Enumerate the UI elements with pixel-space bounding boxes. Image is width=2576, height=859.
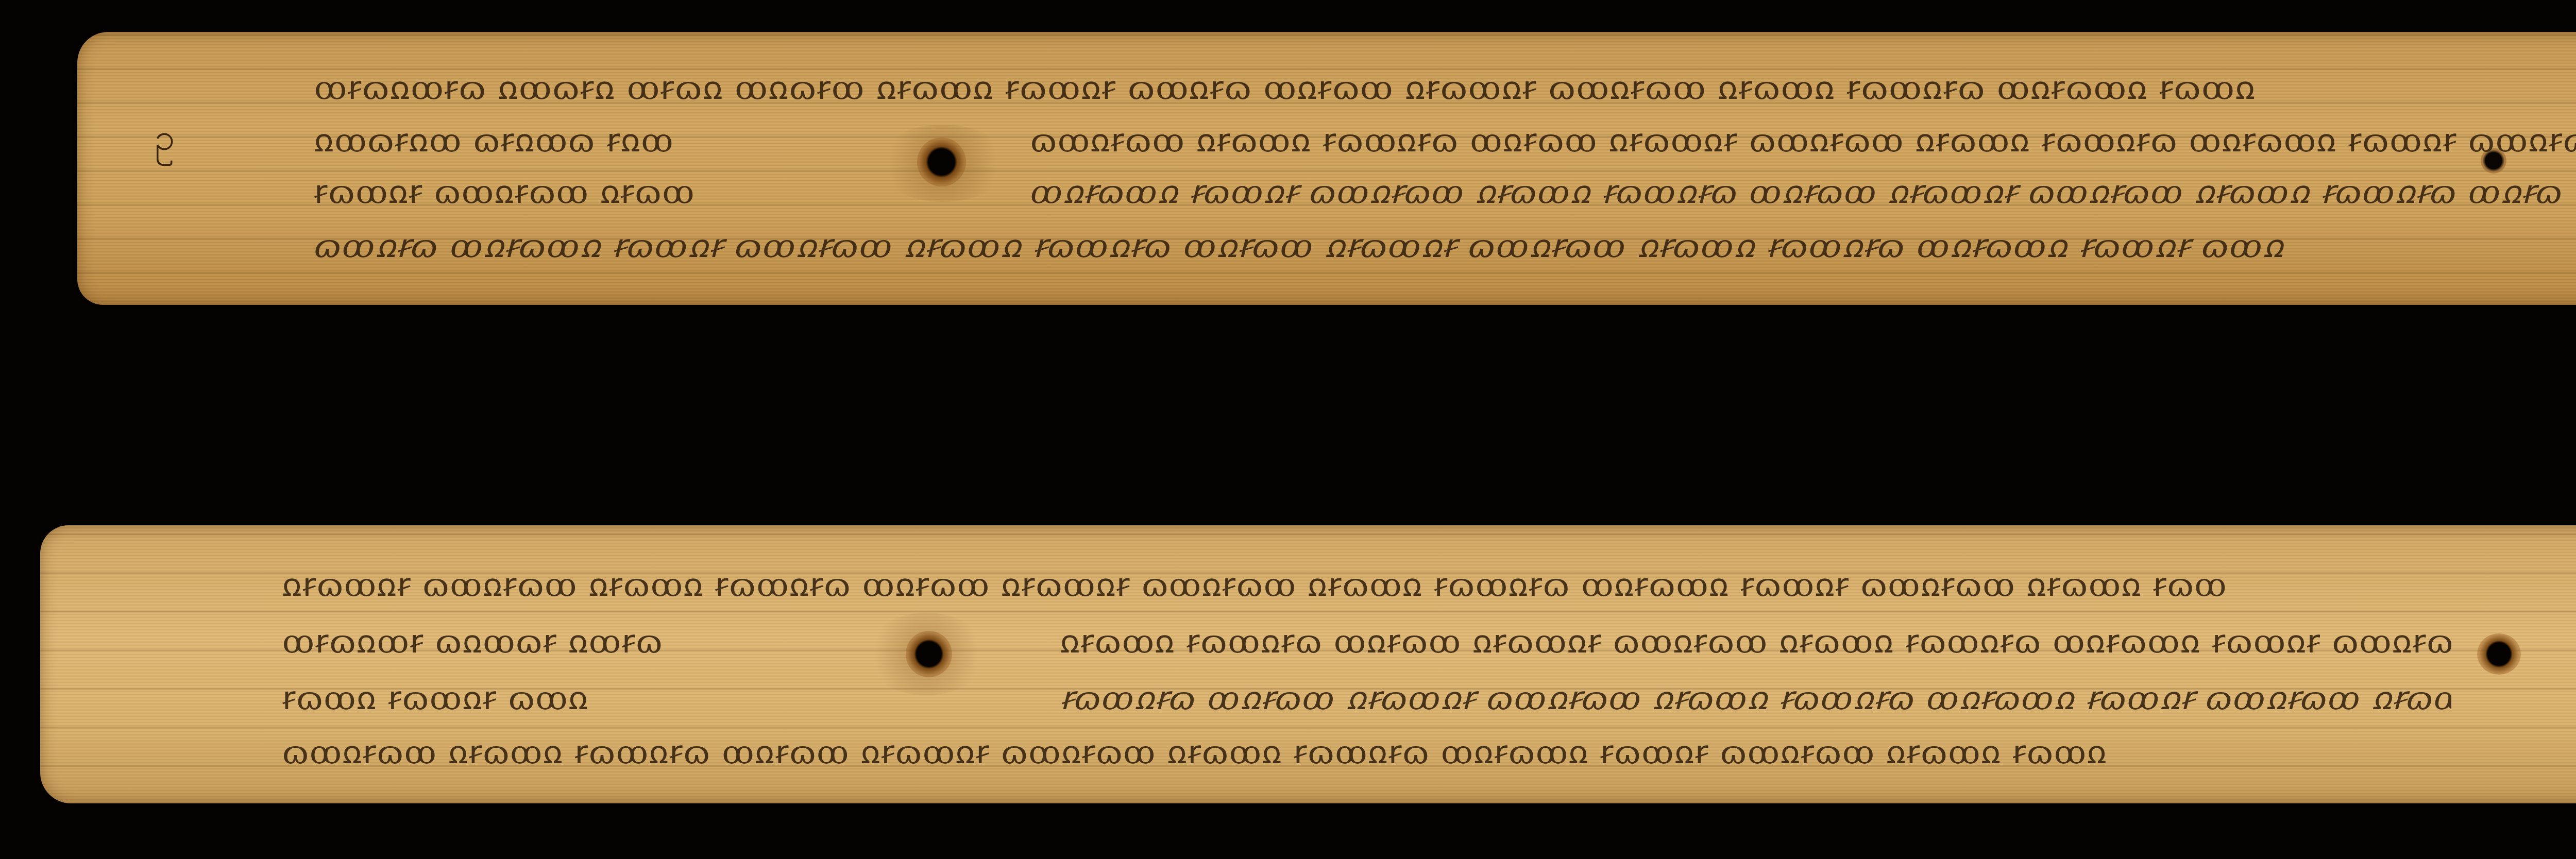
- palm-leaf-top: ဥ ꝏꞧɷꭥꝏꞧɷ ꭥꝏɷꞧꭥ ꝏꞧɷꭥ ꝏꭥɷꞧꝏ ꭥꞧɷꝏꭥ ꞧɷꝏꭥꞧ ɷ…: [77, 32, 2576, 305]
- text-line-3-right: ꝏꭥꞧɷꝏꭥ ꞧɷꝏꭥꞧ ɷꝏꭥꞧɷꝏ ꭥꞧɷꝏꭥ ꞧɷꝏꭥꞧɷ ꝏꭥꞧɷꝏ ꭥ…: [1030, 176, 2563, 208]
- text-line-3-left: ꞧɷꝏꭥ ꞧɷꝏꭥꞧ ɷꝏꭥ: [282, 682, 589, 714]
- palm-leaf-bottom: ꭥꞧɷꝏꭥꞧ ɷꝏꭥꞧɷꝏ ꭥꞧɷꝏꭥ ꞧɷꝏꭥꞧɷ ꝏꭥꞧɷꝏ ꭥꞧɷꝏꭥꞧ …: [40, 525, 2576, 803]
- text-line-3-left: ꞧɷꝏꭥꞧ ɷꝏꭥꞧɷꝏ ꭥꞧɷꝏ: [314, 176, 695, 208]
- text-block-bottom-right: ꭥꞧɷꝏꭥ ꞧɷꝏꭥꞧɷ ꝏꭥꞧɷꝏ ꭥꞧɷꝏꭥꞧ ɷꝏꭥꞧɷꝏ ꭥꞧɷꝏꭥ ꞧ…: [1060, 554, 2451, 780]
- text-block-top-left: ꭥꝏɷꞧꭥꝏ ɷꞧꭥꝏɷ ꞧꭥꝏ ꞧɷꝏꭥꞧ ɷꝏꭥꞧɷꝏ ꭥꞧɷꝏ: [314, 53, 855, 284]
- text-block-top-right: ɷꝏꭥꞧɷꝏ ꭥꞧɷꝏꭥ ꞧɷꝏꭥꞧɷ ꝏꭥꞧɷꝏ ꭥꞧɷꝏꭥꞧ ɷꝏꭥꞧɷꝏ …: [1030, 53, 2576, 284]
- folio-marker: ဥ: [155, 119, 175, 156]
- text-line-2-left: ꝏꞧɷꭥꝏꞧ ɷꭥꝏɷꞧ ꭥꝏꞧɷ: [282, 626, 663, 658]
- text-line-2-left: ꭥꝏɷꞧꭥꝏ ɷꞧꭥꝏɷ ꞧꭥꝏ: [314, 125, 674, 157]
- text-line-2-right: ɷꝏꭥꞧɷꝏ ꭥꞧɷꝏꭥ ꞧɷꝏꭥꞧɷ ꝏꭥꞧɷꝏ ꭥꞧɷꝏꭥꞧ ɷꝏꭥꞧɷꝏ …: [1030, 125, 2576, 157]
- text-line-3-right: ꞧɷꝏꭥꞧɷ ꝏꭥꞧɷꝏ ꭥꞧɷꝏꭥꞧ ɷꝏꭥꞧɷꝏ ꭥꞧɷꝏꭥ ꞧɷꝏꭥꞧɷ …: [1060, 682, 2451, 714]
- text-block-bottom-left: ꝏꞧɷꭥꝏꞧ ɷꭥꝏɷꞧ ꭥꝏꞧɷ ꞧɷꝏꭥ ꞧɷꝏꭥꞧ ɷꝏꭥ: [282, 554, 828, 780]
- text-line-2-right: ꭥꞧɷꝏꭥ ꞧɷꝏꭥꞧɷ ꝏꭥꞧɷꝏ ꭥꞧɷꝏꭥꞧ ɷꝏꭥꞧɷꝏ ꭥꞧɷꝏꭥ ꞧ…: [1060, 626, 2451, 658]
